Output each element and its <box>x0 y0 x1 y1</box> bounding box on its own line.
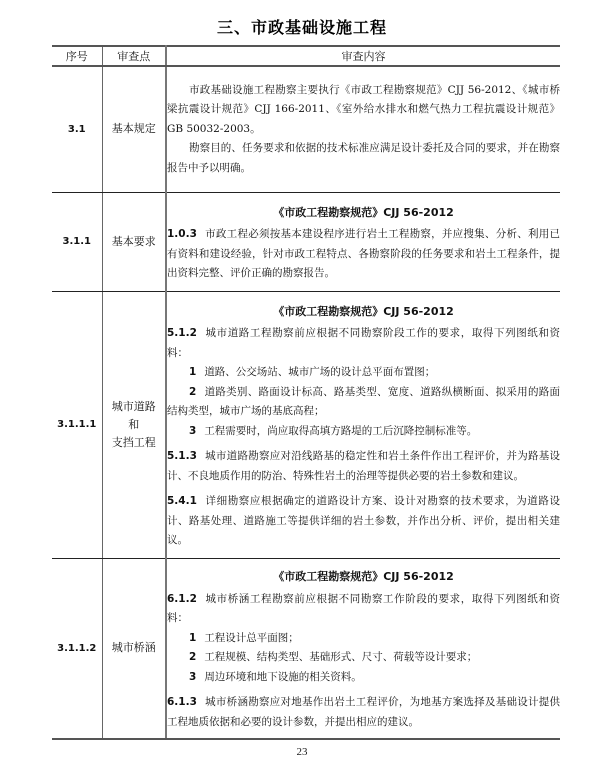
clause-item: 2道路类别、路面设计标高、路基类型、宽度、道路纵横断面、拟采用的路面结构类型，城… <box>167 383 560 422</box>
row-number: 3.1 <box>52 66 102 192</box>
clause-number: 5.1.3 <box>167 450 197 462</box>
header-number: 序号 <box>52 46 102 66</box>
clause-text: 城市桥涵工程勘察前应根据不同勘察工作阶段的要求，取得下列图纸和资料： <box>167 593 560 625</box>
table-header-row: 序号 审查点 审查内容 <box>52 46 560 66</box>
standard-heading: 《市政工程勘察规范》CJJ 56-2012 <box>167 567 560 587</box>
item-text: 道路类别、路面设计标高、路基类型、宽度、道路纵横断面、拟采用的路面结构类型，城市… <box>167 386 560 418</box>
clause: 5.1.3城市道路勘察应对沿线路基的稳定性和岩土条件作出工程评价，并为路基设计、… <box>167 447 560 486</box>
clause-item: 1工程设计总平面图； <box>167 629 560 649</box>
standard-heading: 《市政工程勘察规范》CJJ 56-2012 <box>167 302 560 322</box>
item-number: 1 <box>189 632 196 644</box>
row-review-point: 基本要求 <box>102 192 166 291</box>
review-point-line: 城市道路 <box>103 398 166 416</box>
clause: 6.1.2城市桥涵工程勘察前应根据不同勘察工作阶段的要求，取得下列图纸和资料： … <box>167 590 560 688</box>
item-number: 3 <box>189 671 196 683</box>
clause: 1.0.3市政工程必须按基本建设程序进行岩土工程勘察，并应搜集、分析、利用已有资… <box>167 225 560 284</box>
clause: 5.1.2城市道路工程勘察前应根据不同勘察阶段工作的要求，取得下列图纸和资料： … <box>167 324 560 441</box>
row-content: 《市政工程勘察规范》CJJ 56-2012 5.1.2城市道路工程勘察前应根据不… <box>166 291 560 558</box>
item-text: 周边环境和地下设施的相关资料。 <box>204 671 362 683</box>
clause-number: 6.1.3 <box>167 696 197 708</box>
item-text: 工程设计总平面图； <box>204 632 299 644</box>
page-number: 23 <box>0 746 604 758</box>
item-number: 1 <box>189 366 196 378</box>
item-text: 工程规模、结构类型、基础形式、尺寸、荷载等设计要求； <box>204 651 477 663</box>
row-review-point: 基本规定 <box>102 66 166 192</box>
row-number: 3.1.1 <box>52 192 102 291</box>
row-review-point: 城市桥涵 <box>102 558 166 739</box>
clause-text: 城市道路工程勘察前应根据不同勘察阶段工作的要求，取得下列图纸和资料： <box>167 327 560 359</box>
standard-heading: 《市政工程勘察规范》CJJ 56-2012 <box>167 203 560 223</box>
clause-number: 1.0.3 <box>167 228 197 240</box>
clause: 6.1.3城市桥涵勘察应对地基作出岩土工程评价，为地基方案选择及基础设计提供工程… <box>167 693 560 732</box>
clause-item: 2工程规模、结构类型、基础形式、尺寸、荷载等设计要求； <box>167 648 560 668</box>
clause-text: 详细勘察应根据确定的道路设计方案、设计对勘察的技术要求，为道路设计、路基处理、道… <box>167 495 560 546</box>
review-point-line: 和 <box>103 416 166 434</box>
clause-text: 城市桥涵勘察应对地基作出岩土工程评价，为地基方案选择及基础设计提供工程地质依据和… <box>167 696 560 728</box>
content-paragraph: 勘察目的、任务要求和依据的技术标准应满足设计委托及合同的要求，并在勘察报告中予以… <box>167 139 560 178</box>
item-number: 3 <box>189 425 196 437</box>
item-text: 道路、公交场站、城市广场的设计总平面布置图； <box>204 366 435 378</box>
row-number: 3.1.1.2 <box>52 558 102 739</box>
clause-item: 3周边环境和地下设施的相关资料。 <box>167 668 560 688</box>
item-text: 工程需要时，尚应取得高填方路堤的工后沉降控制标准等。 <box>204 425 477 437</box>
header-review-point: 审查点 <box>102 46 166 66</box>
table-row: 3.1.1.2 城市桥涵 《市政工程勘察规范》CJJ 56-2012 6.1.2… <box>52 558 560 739</box>
row-review-point: 城市道路 和 支挡工程 <box>102 291 166 558</box>
clause: 5.4.1详细勘察应根据确定的道路设计方案、设计对勘察的技术要求，为道路设计、路… <box>167 492 560 551</box>
clause-text: 市政工程必须按基本建设程序进行岩土工程勘察，并应搜集、分析、利用已有资料和建设经… <box>167 228 560 279</box>
row-content: 《市政工程勘察规范》CJJ 56-2012 6.1.2城市桥涵工程勘察前应根据不… <box>166 558 560 739</box>
page-title: 三、市政基础设施工程 <box>0 15 604 38</box>
item-number: 2 <box>189 386 196 398</box>
table-row: 3.1 基本规定 市政基础设施工程勘察主要执行《市政工程勘察规范》CJJ 56-… <box>52 66 560 192</box>
content-paragraph: 市政基础设施工程勘察主要执行《市政工程勘察规范》CJJ 56-2012、《城市桥… <box>167 81 560 140</box>
review-table: 序号 审查点 审查内容 3.1 基本规定 市政基础设施工程勘察主要执行《市政工程… <box>52 45 560 740</box>
table-row: 3.1.1.1 城市道路 和 支挡工程 《市政工程勘察规范》CJJ 56-201… <box>52 291 560 558</box>
clause-text: 城市道路勘察应对沿线路基的稳定性和岩土条件作出工程评价，并为路基设计、不良地质作… <box>167 450 560 482</box>
clause-number: 6.1.2 <box>167 593 197 605</box>
header-review-content: 审查内容 <box>166 46 560 66</box>
table-row: 3.1.1 基本要求 《市政工程勘察规范》CJJ 56-2012 1.0.3市政… <box>52 192 560 291</box>
review-point-line: 支挡工程 <box>103 434 166 452</box>
clause-number: 5.4.1 <box>167 495 197 507</box>
clause-item: 3工程需要时，尚应取得高填方路堤的工后沉降控制标准等。 <box>167 422 560 442</box>
clause-item: 1道路、公交场站、城市广场的设计总平面布置图； <box>167 363 560 383</box>
row-content: 《市政工程勘察规范》CJJ 56-2012 1.0.3市政工程必须按基本建设程序… <box>166 192 560 291</box>
row-content: 市政基础设施工程勘察主要执行《市政工程勘察规范》CJJ 56-2012、《城市桥… <box>166 66 560 192</box>
row-number: 3.1.1.1 <box>52 291 102 558</box>
clause-number: 5.1.2 <box>167 327 197 339</box>
item-number: 2 <box>189 651 196 663</box>
